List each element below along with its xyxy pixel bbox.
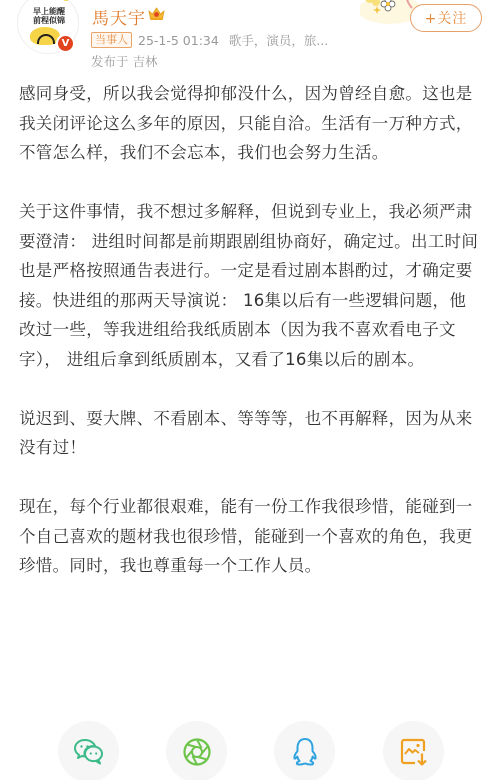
party-tag: 当事人 (91, 32, 132, 48)
follow-button[interactable]: +关注 (410, 4, 482, 32)
post-paragraph: 说迟到、耍大牌、不看剧本、等等等，也不再解释，因为从来没有过！ (19, 404, 479, 463)
share-moments-button[interactable] (166, 721, 227, 780)
author-name[interactable]: 馬天宇 (92, 4, 146, 29)
avatar-caption-line1: 早上能醒 (24, 7, 74, 16)
verified-badge-icon: V (56, 34, 75, 53)
post-paragraph: 现在，每个行业都很艰难，能有一份工作我很珍惜，能碰到一个自己喜欢的题材我也很珍惜… (19, 492, 479, 581)
post-header: 早上能醒 前程似锦 V 馬天宇 当事人 25-1-5 01:34 歌手，演员，旅… (0, 0, 500, 70)
post-paragraph: 感同身受，所以我会觉得抑郁没什么，因为曾经自愈。这也是我关闭评论这么多年的原因，… (19, 79, 479, 168)
post-location: 发布于 吉林 (91, 52, 157, 70)
qq-icon (292, 737, 318, 767)
save-image-button[interactable] (383, 721, 444, 780)
post-paragraph: 关于这件事情，我不想过多解释，但说到专业上，我必须严肃要澄清： 进组时间都是前期… (19, 197, 479, 374)
wechat-icon (73, 738, 105, 766)
share-bar (0, 720, 500, 780)
post-content: 感同身受，所以我会觉得抑郁没什么，因为曾经自愈。这也是我关闭评论这么多年的原因，… (19, 79, 479, 610)
share-qq-button[interactable] (274, 721, 335, 780)
save-image-icon (400, 737, 428, 767)
post-meta: 当事人 25-1-5 01:34 歌手，演员，旅... (91, 31, 328, 49)
moments-icon (182, 737, 212, 767)
share-wechat-button[interactable] (58, 721, 119, 780)
avatar-decoration (60, 0, 74, 1)
crown-icon (148, 6, 165, 21)
author-bio: 歌手，演员，旅... (229, 31, 328, 49)
avatar-caption: 早上能醒 前程似锦 (24, 7, 74, 25)
avatar-caption-line2: 前程似锦 (24, 16, 74, 25)
post-timestamp: 25-1-5 01:34 (138, 33, 219, 48)
